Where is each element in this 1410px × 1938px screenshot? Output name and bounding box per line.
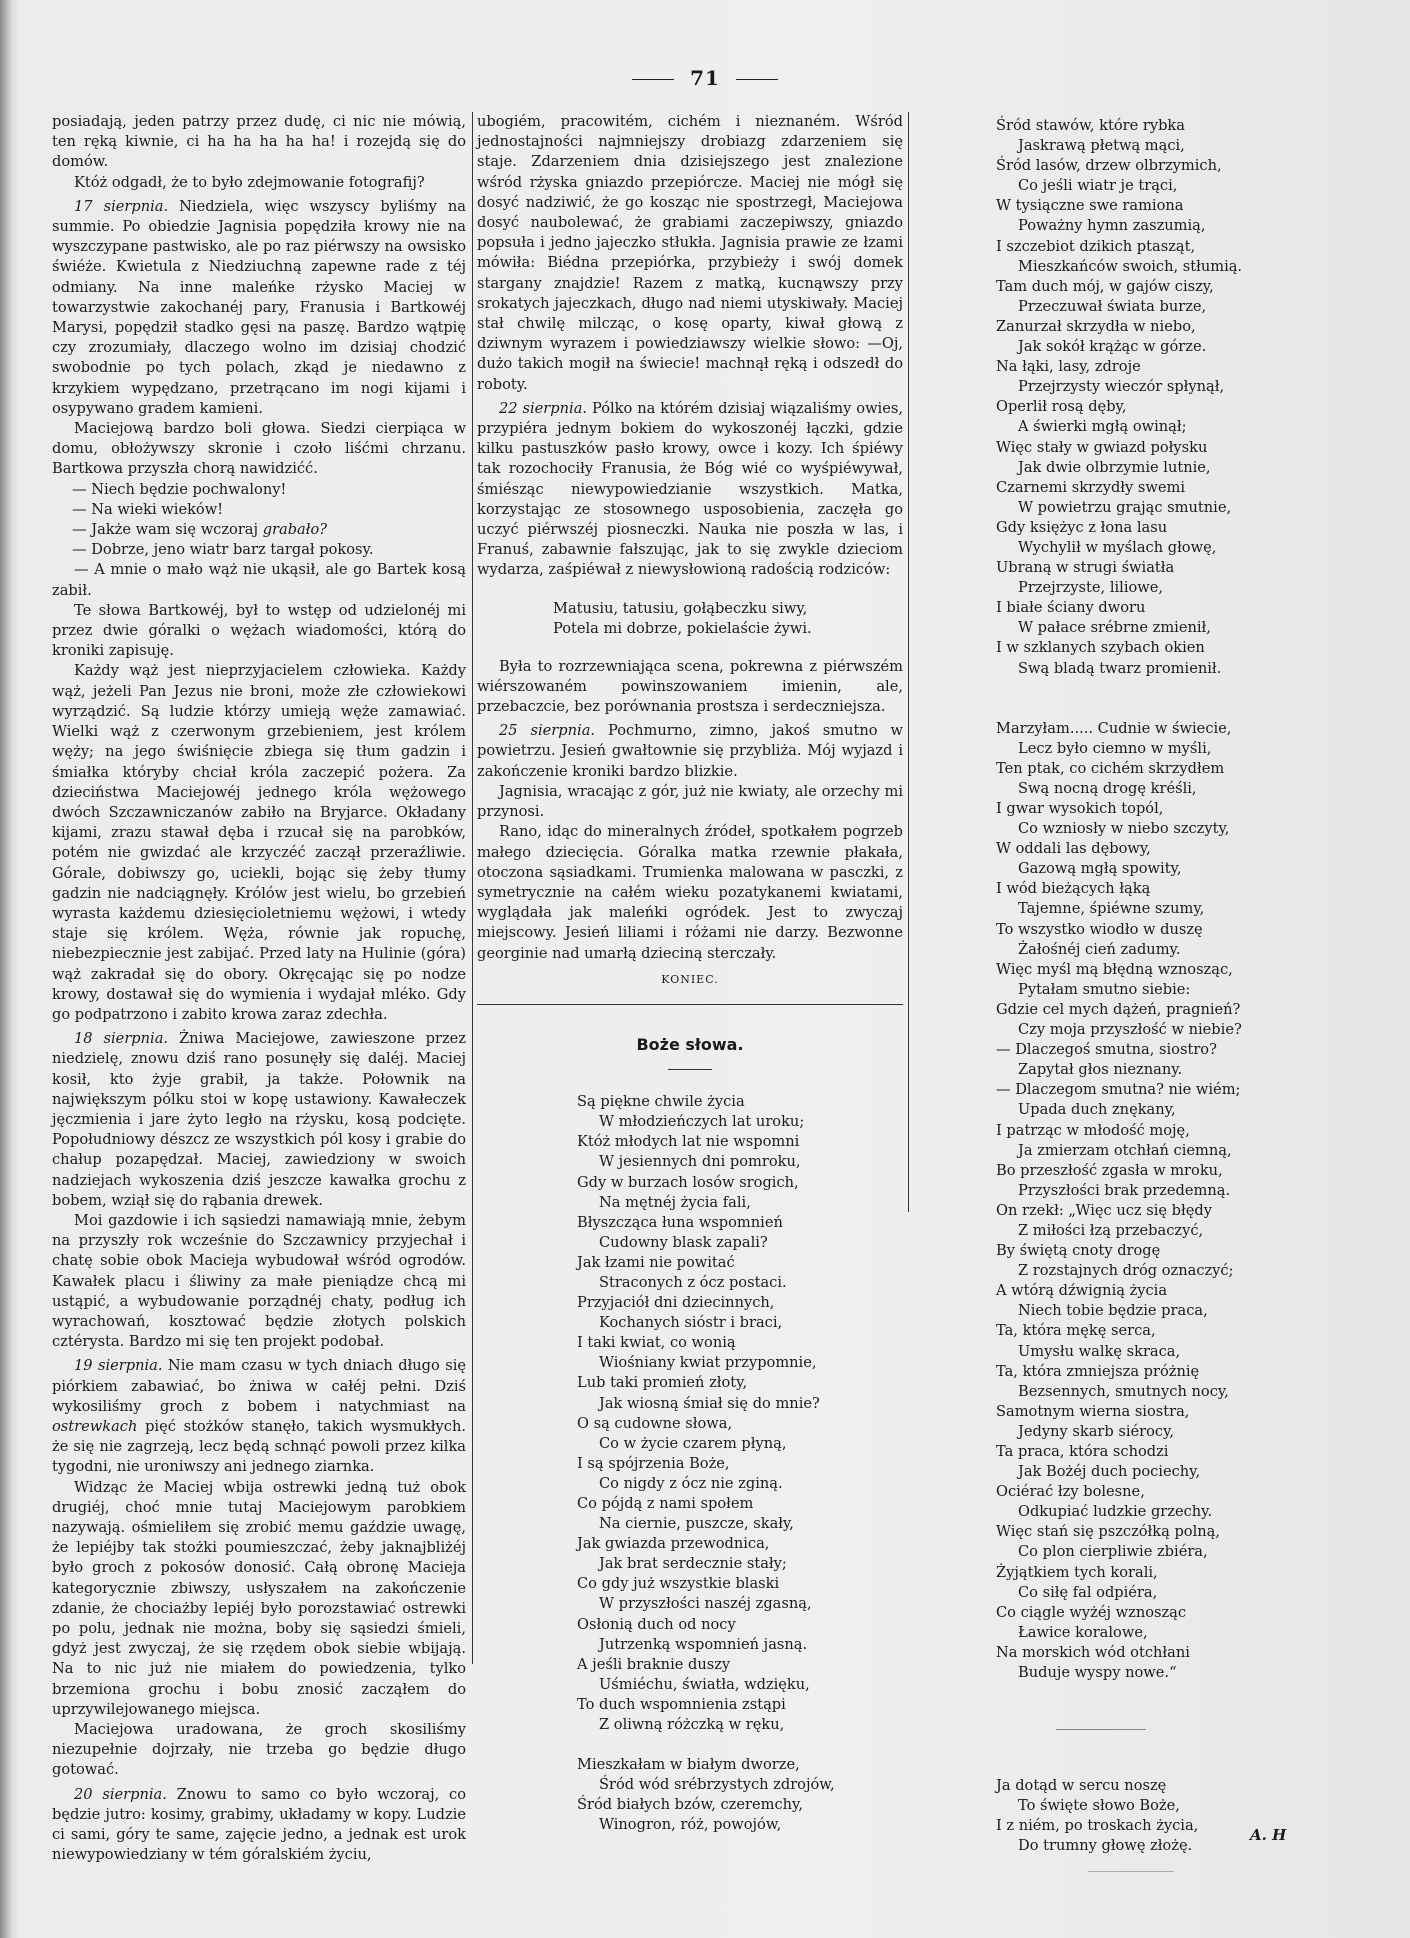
poem-line: Tajemne, śpiéwne szumy, — [996, 899, 1376, 919]
poem-line: Ja zmierzam otchłań ciemną, — [996, 1141, 1376, 1161]
poem-line: To duch wspomnienia zstąpi — [577, 1695, 903, 1715]
poem-line: Co wzniosły w niebo szczyty, — [996, 819, 1376, 839]
column-divider-right — [908, 112, 909, 1212]
poem-line: Tam duch mój, w gajów ciszy, — [996, 277, 1376, 297]
poem-line: Ja dotąd w sercu noszę — [996, 1776, 1376, 1796]
poem-line: Ta, która zmniejsza próżnię — [996, 1362, 1376, 1382]
poem-line: W młodzieńczych lat uroku; — [577, 1112, 903, 1132]
paragraph: Maciejowa uradowana, że groch skosiliśmy… — [52, 1720, 466, 1781]
poem-stanza-final: Ja dotąd w sercu noszęTo święte słowo Bo… — [996, 1776, 1376, 1856]
poem-line: Ociérać łzy bolesne, — [996, 1482, 1376, 1502]
poem-line: Z rozstajnych dróg oznaczyć; — [996, 1261, 1376, 1281]
poem-line: Co pójdą z nami społem — [577, 1494, 903, 1514]
column-divider-left — [472, 112, 473, 1664]
entry-date: 18 sierpnia. — [74, 1030, 168, 1047]
poem-line: Mieszkańców swoich, stłumią. — [996, 257, 1376, 277]
poem-line: Są piękne chwile życia — [577, 1092, 903, 1112]
poem-stanza-2: Mieszkałam w białym dworze,Śród wód sréb… — [577, 1755, 903, 1835]
poem-line: — Dlaczegom smutna? nie wiém; — [996, 1080, 1376, 1100]
poem-line: Przejrzysty wieczór spłynął, — [996, 377, 1376, 397]
poem-line: Samotnym wierna siostra, — [996, 1402, 1376, 1422]
poem-line: Mieszkałam w białym dworze, — [577, 1755, 903, 1775]
dialogue-line: — Na wieki wieków! — [52, 500, 466, 520]
poem-line: Lub taki promień złoty, — [577, 1373, 903, 1393]
poem-line: Wiośniany kwiat przypomnie, — [577, 1353, 903, 1373]
couplet-line: Matusiu, tatusiu, gołąbeczku siwy, — [553, 599, 903, 619]
poem-line: Pytałam smutno siebie: — [996, 980, 1376, 1000]
dialogue-line: — Dobrze, jeno wiatr barz targał pokosy. — [52, 540, 466, 560]
middle-column-prose: ubogiém, pracowitém, cichém i nieznaném.… — [477, 112, 903, 581]
poem-line: Swą bladą twarz promienił. — [996, 659, 1376, 679]
poem-line: W pałace srébrne zmienił, — [996, 618, 1376, 638]
paragraph: Rano, idąc do mineralnych źródeł, spotka… — [477, 822, 903, 963]
poem-line: Jak Bożéj duch pociechy, — [996, 1462, 1376, 1482]
poem-line: W przyszłości naszéj zgasną, — [577, 1594, 903, 1614]
poem-line: Z oliwną różczką w ręku, — [577, 1715, 903, 1735]
middle-column-prose-after: Była to rozrzewniająca scena, pokrewna z… — [477, 657, 903, 964]
paragraph: posiadają, jeden patrzy przez dudę, ci n… — [52, 112, 466, 173]
poem-line: Zapytał głos nieznany. — [996, 1060, 1376, 1080]
poem-line: Któż młodych lat nie wspomni — [577, 1132, 903, 1152]
poem-line: I gwar wysokich topól, — [996, 799, 1376, 819]
poem-line: Śród białych bzów, czeremchy, — [577, 1795, 903, 1815]
paragraph: Któż odgadł, że to było zdejmowanie foto… — [52, 173, 466, 193]
ornament-rule — [1056, 1729, 1146, 1730]
poem-line: Buduje wyspy nowe.“ — [996, 1663, 1376, 1683]
poem-line: By świętą cnoty drogę — [996, 1241, 1376, 1261]
poem-line: Ubraną w strugi światła — [996, 558, 1376, 578]
poem-line: Żyjątkiem tych korali, — [996, 1563, 1376, 1583]
song-couplet: Matusiu, tatusiu, gołąbeczku siwy,Potela… — [553, 599, 903, 639]
author-signature: A. H — [1250, 1826, 1286, 1844]
paragraph: 19 sierpnia. Nie mam czasu w tych dniach… — [52, 1356, 466, 1477]
poem-line: Co siłę fal odpiéra, — [996, 1583, 1376, 1603]
paragraph: Jagnisia, wracając z gór, już nie kwiaty… — [477, 782, 903, 822]
poem-line: I szczebiot dzikich ptasząt, — [996, 237, 1376, 257]
paragraph: 20 sierpnia. Znowu to samo co było wczor… — [52, 1785, 466, 1866]
poem-line: Ta praca, która schodzi — [996, 1442, 1376, 1462]
paragraph: Była to rozrzewniająca scena, pokrewna z… — [477, 657, 903, 718]
entry-date: 25 sierpnia. — [499, 722, 595, 739]
left-column-prose: posiadają, jeden patrzy przez dudę, ci n… — [52, 112, 466, 1865]
poem-line: Cudowny blask zapali? — [577, 1233, 903, 1253]
poem-line: Czy moja przyszłość w niebie? — [996, 1020, 1376, 1040]
poem-line: Jak dwie olbrzymie lutnie, — [996, 458, 1376, 478]
poem-line: Więc stań się pszczółką polną, — [996, 1522, 1376, 1542]
poem-line: Jak sokół krążąc w górze. — [996, 337, 1376, 357]
poem-line: To święte słowo Boże, — [996, 1796, 1376, 1816]
middle-column: ubogiém, pracowitém, cichém i nieznaném.… — [477, 112, 903, 1836]
poem-line: Co nigdy z ócz nie zginą. — [577, 1474, 903, 1494]
poem-line: Jak gwiazda przewodnica, — [577, 1534, 903, 1554]
paragraph: Maciejową bardzo boli głowa. Siedzi cier… — [52, 419, 466, 480]
poem-line: Swą nocną drogę kréśli, — [996, 779, 1376, 799]
poem-line: Błyszcząca łuna wspomnień — [577, 1213, 903, 1233]
right-column-poem: Śród stawów, które rybkaJaskrawą płetwą … — [996, 116, 1376, 1857]
poem-line: Na morskich wód otchłani — [996, 1643, 1376, 1663]
poem-title: Boże słowa. — [477, 1035, 903, 1055]
title-rule — [668, 1069, 712, 1070]
poem-line: Co jeśli wiatr je trąci, — [996, 176, 1376, 196]
poem-line: I taki kwiat, co wonią — [577, 1333, 903, 1353]
poem-line: Jutrzenką wspomnień jasną. — [577, 1635, 903, 1655]
poem-line: A wtórą dźwignią życia — [996, 1281, 1376, 1301]
poem-line: Więc myśl mą błędną wznosząc, — [996, 960, 1376, 980]
poem-line: Gdy w burzach losów srogich, — [577, 1173, 903, 1193]
paragraph: 25 sierpnia. Pochmurno, zimno, jakoś smu… — [477, 721, 903, 782]
poem-line: O są cudowne słowa, — [577, 1414, 903, 1434]
poem-line: Przyjaciół dni dziecinnych, — [577, 1293, 903, 1313]
poem-line: Ławice koralowe, — [996, 1623, 1376, 1643]
poem-line: Bo przeszłość zgasła w mroku, — [996, 1161, 1376, 1181]
entry-date: 17 sierpnia. — [74, 198, 168, 215]
dialogue-line: — Jakże wam się wczoraj grabało? — [52, 520, 466, 540]
paragraph: Widząc że Maciej wbija ostrewki jedną tu… — [52, 1478, 466, 1720]
poem-line: I z niém, po troskach życia, — [996, 1816, 1376, 1836]
newspaper-page: 71 posiadają, jeden patrzy przez dudę, c… — [0, 0, 1410, 1938]
entry-date: 22 sierpnia. — [499, 400, 587, 417]
poem-line: Poważny hymn zaszumią, — [996, 216, 1376, 236]
poem-line: Śród stawów, które rybka — [996, 116, 1376, 136]
italic-word: ostrewkach — [52, 1418, 137, 1435]
paragraph: 17 sierpnia. Niedziela, więc wszyscy byl… — [52, 197, 466, 419]
poem-line: Więc stały w gwiazd połysku — [996, 438, 1376, 458]
section-rule — [477, 1004, 903, 1005]
poem-line: Zanurzał skrzydła w niebo, — [996, 317, 1376, 337]
poem-line: Żałośnéj cień zadumy. — [996, 940, 1376, 960]
poem-line: Jak wiosną śmiał się do mnie? — [577, 1394, 903, 1414]
poem-line: I patrząc w młodość moję, — [996, 1121, 1376, 1141]
poem-line: I w szklanych szybach okien — [996, 638, 1376, 658]
page-number: 71 — [0, 66, 1410, 90]
poem-line: W oddali las dębowy, — [996, 839, 1376, 859]
poem-line: Co ciągle wyżéj wznosząc — [996, 1603, 1376, 1623]
poem-line: Gazową mgłą spowity, — [996, 859, 1376, 879]
poem-line: A świerki mgłą owinął; — [996, 417, 1376, 437]
poem-line: Jaskrawą płetwą mąci, — [996, 136, 1376, 156]
poem-line: Przeczuwał świata burze, — [996, 297, 1376, 317]
paragraph: — A mnie o mało wąż nie ukąsił, ale go B… — [52, 560, 466, 600]
page-number-dash-left — [632, 79, 674, 80]
bottom-ornament-rule — [1088, 1871, 1174, 1872]
poem-line: Na mętnéj życia fali, — [577, 1193, 903, 1213]
page-number-dash-right — [736, 79, 778, 80]
paragraph: 18 sierpnia. Żniwa Maciejowe, zawieszone… — [52, 1029, 466, 1211]
poem-line: Ten ptak, co cichém skrzydłem — [996, 759, 1376, 779]
poem-line: Bezsennych, smutnych nocy, — [996, 1382, 1376, 1402]
poem-line: I są spójrzenia Boże, — [577, 1454, 903, 1474]
poem-line: Uśmiéchu, światła, wdzięku, — [577, 1675, 903, 1695]
poem-line: — Dlaczegoś smutna, siostro? — [996, 1040, 1376, 1060]
poem-line: Gdy księżyc z łona lasu — [996, 518, 1376, 538]
poem-line: Przejrzyste, liliowe, — [996, 578, 1376, 598]
paragraph: ubogiém, pracowitém, cichém i nieznaném.… — [477, 112, 903, 395]
poem-line: Jak łzami nie powitać — [577, 1253, 903, 1273]
poem-line: Odkupiać ludzkie grzechy. — [996, 1502, 1376, 1522]
poem-line: I wód bieżących łąką — [996, 879, 1376, 899]
page-number-text: 71 — [690, 66, 720, 90]
poem-line: W jesiennych dni pomroku, — [577, 1152, 903, 1172]
poem-line: Marzyłam..... Cudnie w świecie, — [996, 719, 1376, 739]
end-mark: KONIEC. — [477, 970, 903, 990]
paragraph: Każdy wąż jest nieprzyjacielem człowieka… — [52, 661, 466, 1025]
poem-line: Straconych z ócz postaci. — [577, 1273, 903, 1293]
poem-line: On rzekł: „Więc ucz się błędy — [996, 1201, 1376, 1221]
poem-line: Gdzie cel mych dążeń, pragnień? — [996, 1000, 1376, 1020]
poem-line: Na ciernie, puszcze, skały, — [577, 1514, 903, 1534]
poem-stanza-4: Marzyłam..... Cudnie w świecie,Lecz było… — [996, 719, 1376, 1684]
poem-line: Jedyny skarb siérocy, — [996, 1422, 1376, 1442]
poem-stanza-1: Są piękne chwile życiaW młodzieńczych la… — [577, 1092, 903, 1735]
poem-line: Niech tobie będzie praca, — [996, 1301, 1376, 1321]
poem-line: To wszystko wiodło w duszę — [996, 920, 1376, 940]
paragraph: Te słowa Bartkowéj, był to wstęp od udzi… — [52, 601, 466, 662]
poem-line: Winogron, róż, powojów, — [577, 1815, 903, 1835]
entry-date: 19 sierpnia. — [74, 1357, 163, 1374]
paragraph: 22 sierpnia. Pólko na którém dzisiaj wią… — [477, 399, 903, 581]
poem-line: Wychylił w myślach głowę, — [996, 538, 1376, 558]
poem-line: Przyszłości brak przedemną. — [996, 1181, 1376, 1201]
poem-line: Czarnemi skrzydły swemi — [996, 478, 1376, 498]
dialogue-line: — Niech będzie pochwalony! — [52, 480, 466, 500]
poem-line: W tysiączne swe ramiona — [996, 196, 1376, 216]
couplet-line: Potela mi dobrze, pokielaście żywi. — [553, 619, 903, 639]
poem-line: Co w życie czarem płyną, — [577, 1434, 903, 1454]
poem-line: Operlił rosą dęby, — [996, 397, 1376, 417]
poem-line: Ta, która mękę serca, — [996, 1321, 1376, 1341]
poem-line: Upada duch znękany, — [996, 1100, 1376, 1120]
paragraph: Moi gazdowie i ich sąsiedzi namawiają mn… — [52, 1211, 466, 1352]
poem-line: Jak brat serdecznie stały; — [577, 1554, 903, 1574]
poem-line: Z miłości łzą przebaczyć, — [996, 1221, 1376, 1241]
poem-line: Co gdy już wszystkie blaski — [577, 1574, 903, 1594]
poem-line: Na łąki, lasy, zdroje — [996, 357, 1376, 377]
poem-line: Lecz było ciemno w myśli, — [996, 739, 1376, 759]
poem-line: W powietrzu grając smutnie, — [996, 498, 1376, 518]
poem-line: I białe ściany dworu — [996, 598, 1376, 618]
italic-word: grabało? — [263, 521, 327, 538]
poem-line: Co plon cierpliwie zbiéra, — [996, 1542, 1376, 1562]
poem-line: Kochanych sióstr i braci, — [577, 1313, 903, 1333]
poem-line: Osłonią duch od nocy — [577, 1615, 903, 1635]
poem-stanza-3: Śród stawów, które rybkaJaskrawą płetwą … — [996, 116, 1376, 679]
poem-line: Umysłu walkę skraca, — [996, 1342, 1376, 1362]
poem-line: Śród wód srébrzystych zdrojów, — [577, 1775, 903, 1795]
poem-line: Śród lasów, drzew olbrzymich, — [996, 156, 1376, 176]
poem-line: A jeśli braknie duszy — [577, 1655, 903, 1675]
poem-line: Do trumny głowę złożę. — [996, 1836, 1376, 1856]
entry-date: 20 sierpnia. — [74, 1786, 167, 1803]
